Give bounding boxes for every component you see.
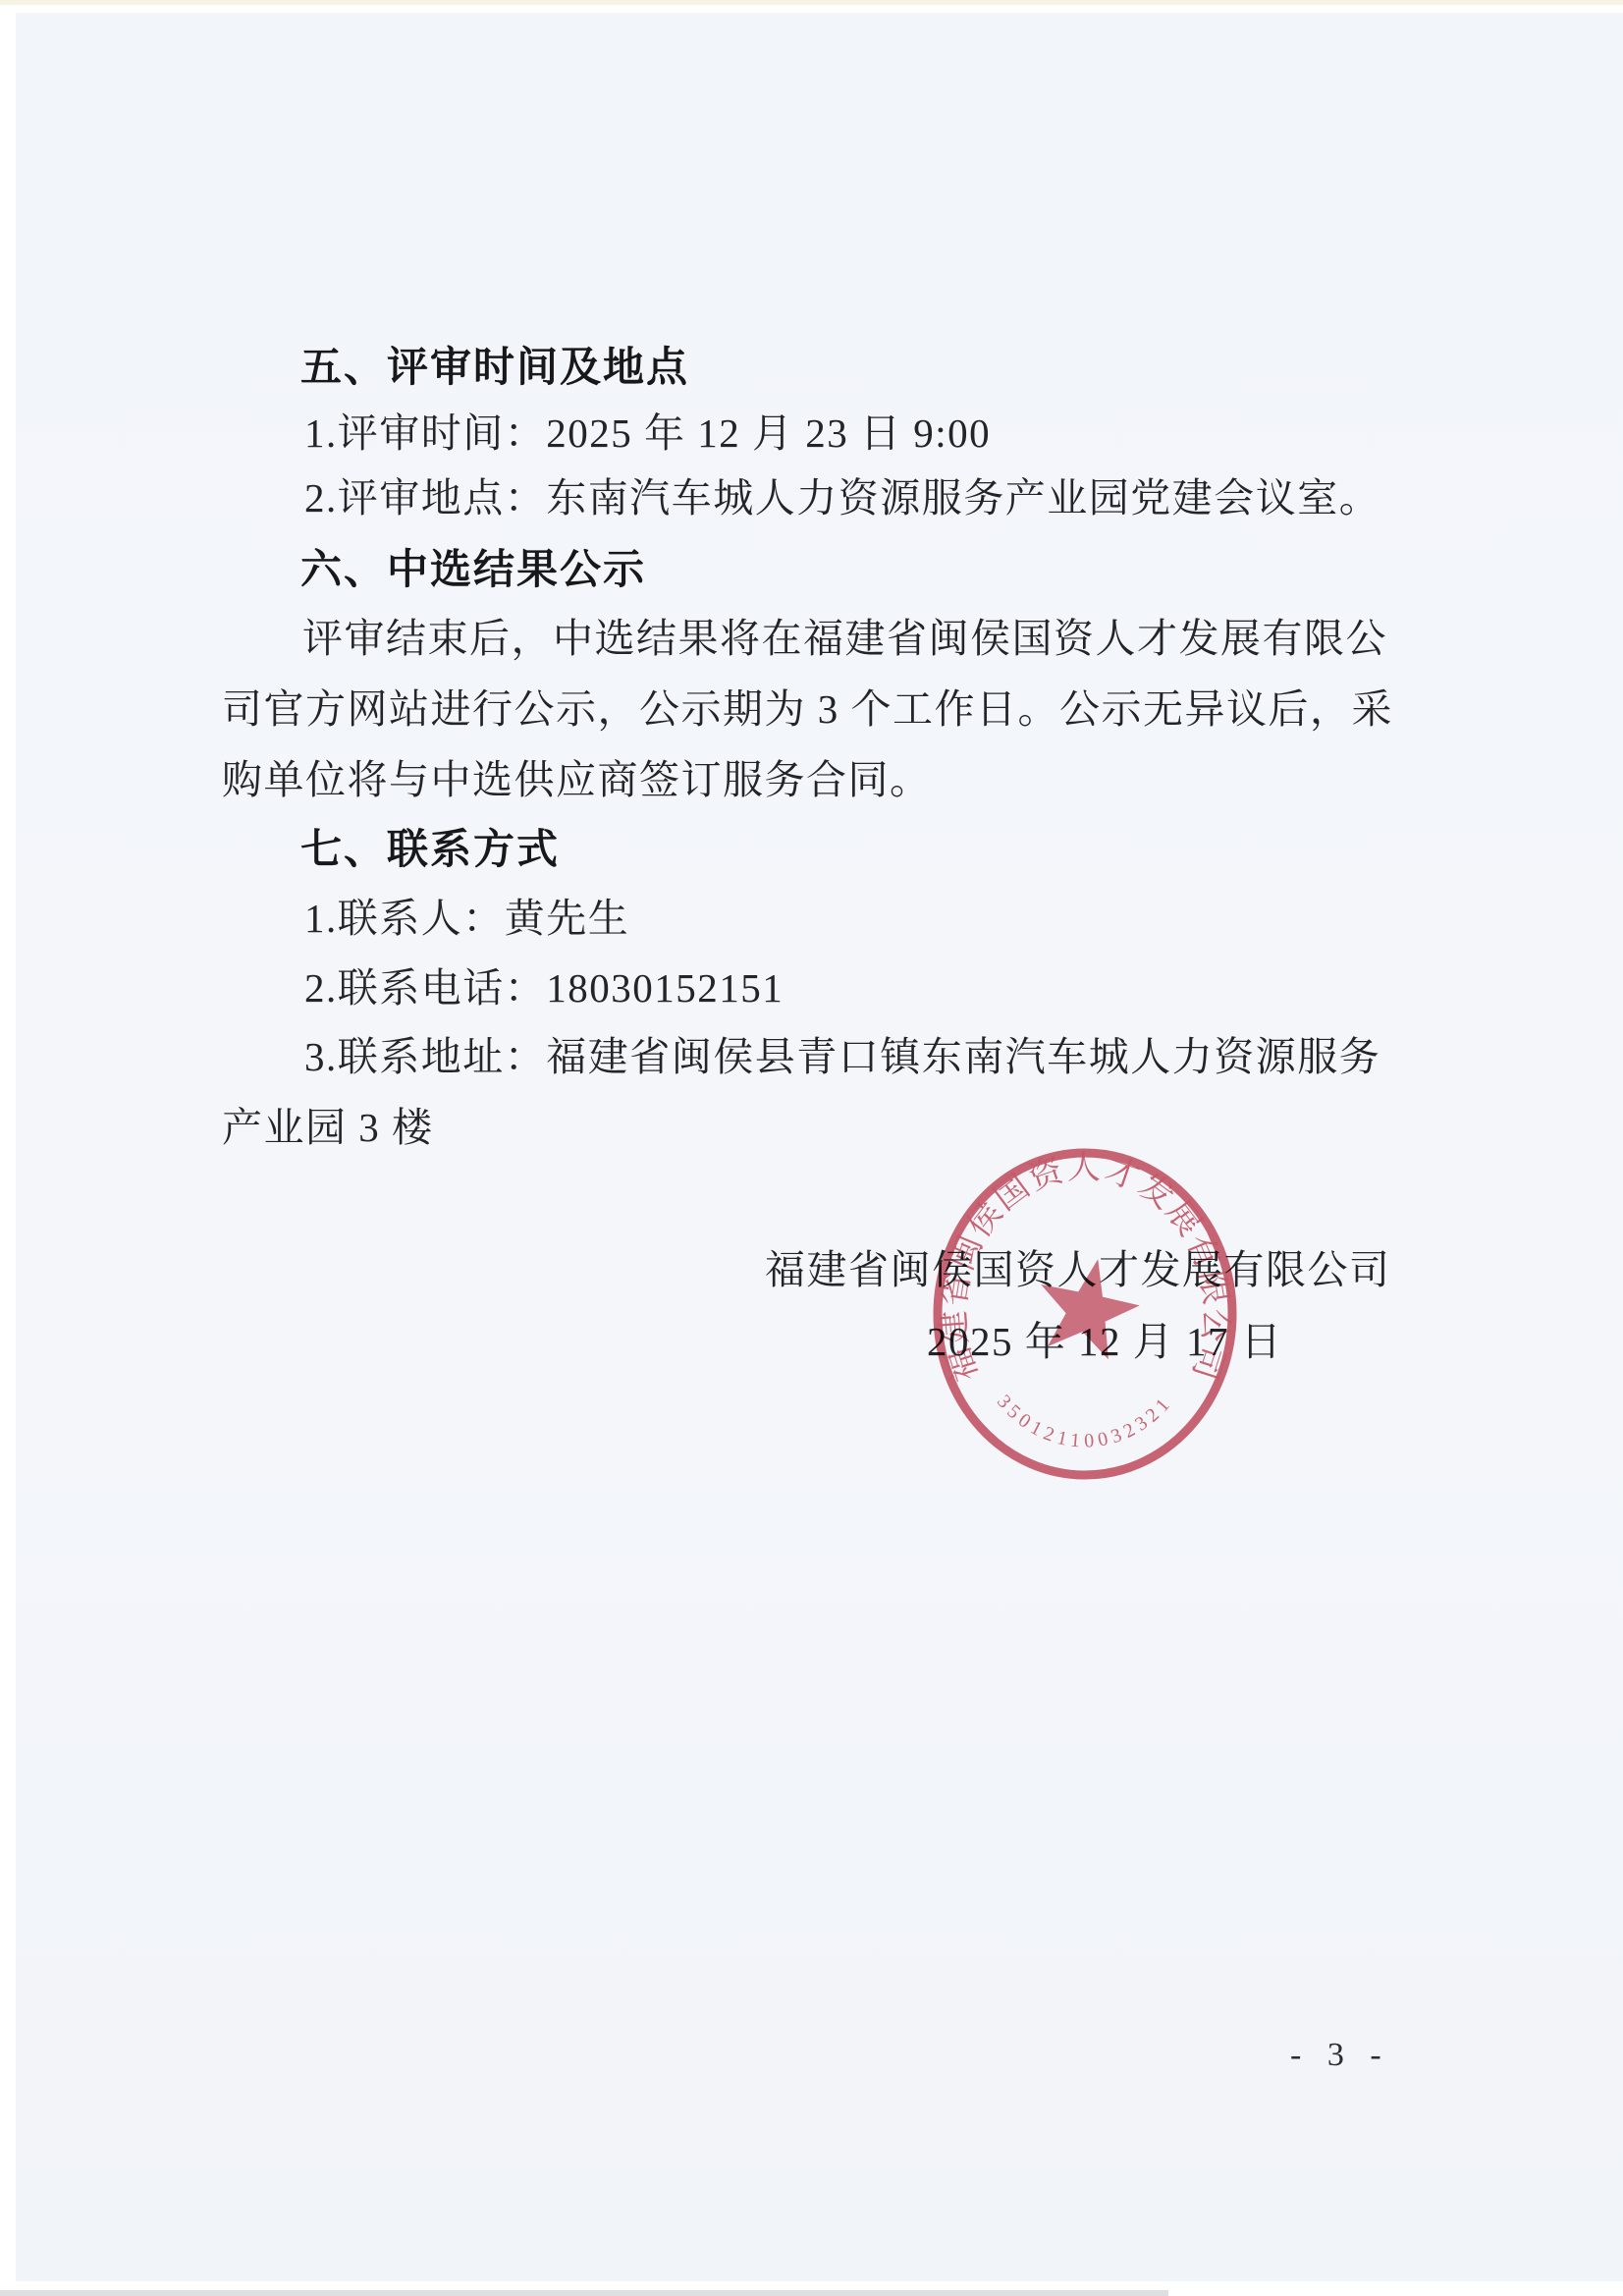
contact-person-line: 1.联系人：黄先生	[304, 899, 629, 939]
scan-artifact-top-edge	[0, 0, 1623, 5]
contact-address-line: 3.联系地址：福建省闽侯县青口镇东南汽车城人力资源服务	[304, 1037, 1380, 1077]
page-number: - 3 -	[1290, 2037, 1390, 2074]
seal-graphics: 福建省闽侯国资人才发展有限公司 35012110032321	[935, 1150, 1234, 1475]
seal-ring-text: 福建省闽侯国资人才发展有限公司	[935, 1150, 1234, 1386]
contact-phone-line: 2.联系电话：18030152151	[304, 968, 784, 1009]
contact-address-continuation: 产业园 3 楼	[222, 1108, 434, 1148]
result-paragraph-line-3: 购单位将与中选供应商签订服务合同。	[222, 760, 932, 800]
result-paragraph-line-2: 司官方网站进行公示，公示期为 3 个工作日。公示无异议后，采	[222, 689, 1393, 730]
official-seal: 福建省闽侯国资人才发展有限公司 35012110032321	[918, 1132, 1252, 1496]
review-location-line: 2.评审地点：东南汽车城人力资源服务产业园党建会议室。	[304, 478, 1380, 519]
seal-star-icon	[1029, 1248, 1148, 1363]
result-paragraph-line-1: 评审结束后，中选结果将在福建省闽侯国资人才发展有限公	[302, 619, 1387, 659]
section-6-heading: 六、中选结果公示	[300, 549, 646, 590]
section-7-heading: 七、联系方式	[300, 829, 560, 870]
seal-code-text: 35012110032321	[993, 1391, 1177, 1451]
scan-artifact-bottom-edge	[0, 2290, 1168, 2296]
scanned-document-page: 五、评审时间及地点 1.评审时间：2025 年 12 月 23 日 9:00 2…	[0, 0, 1623, 2296]
review-time-line: 1.评审时间：2025 年 12 月 23 日 9:00	[304, 413, 991, 454]
section-5-heading: 五、评审时间及地点	[300, 347, 689, 388]
